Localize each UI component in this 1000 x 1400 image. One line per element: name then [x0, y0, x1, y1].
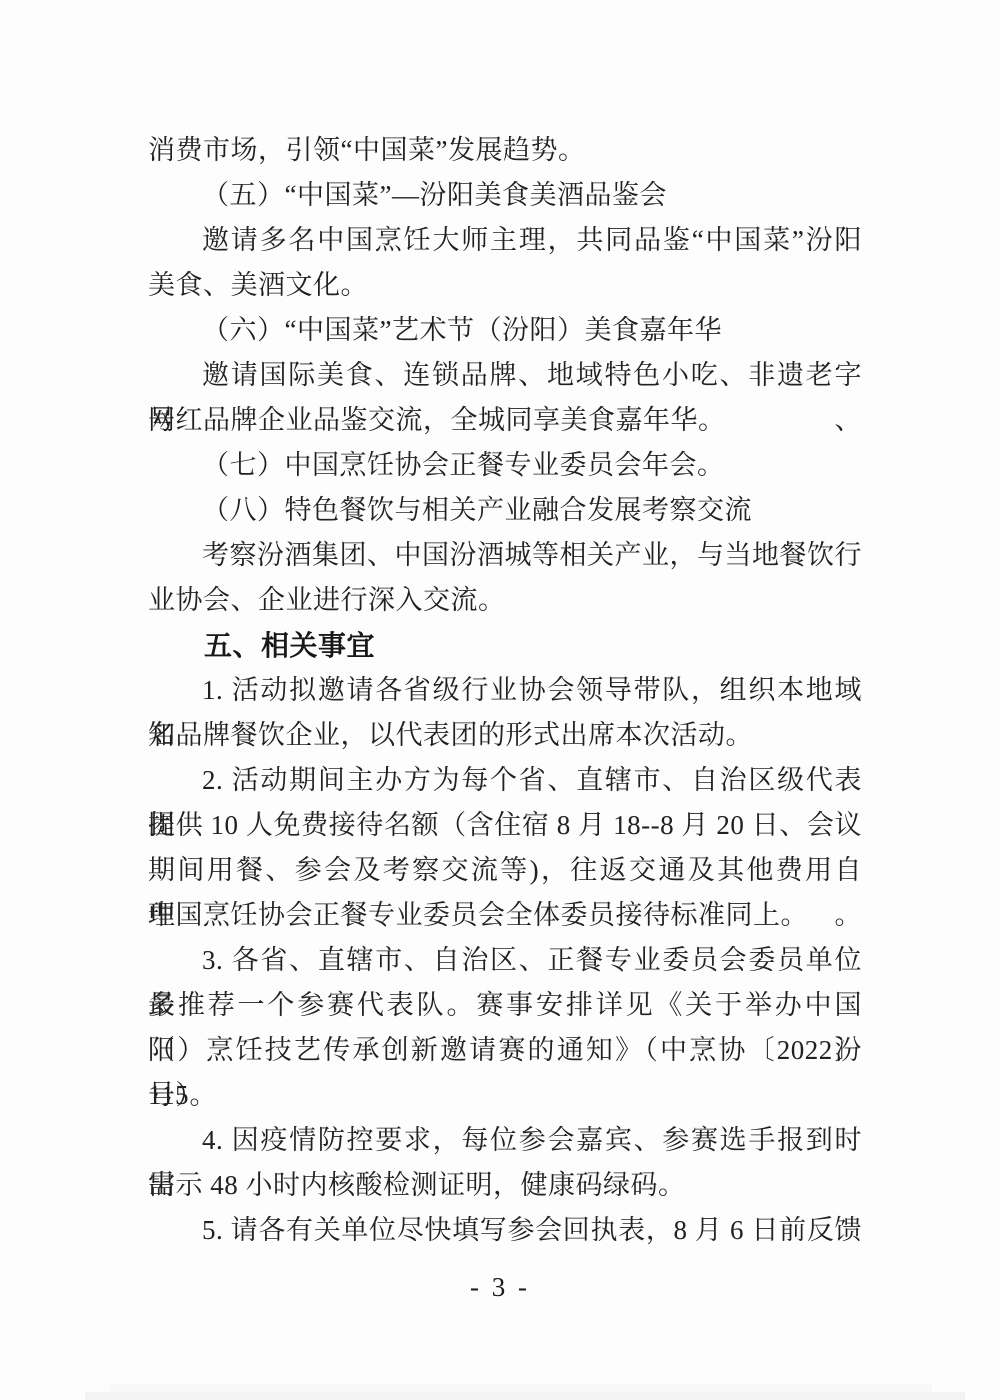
text-block: 消费市场，引领“中国菜”发展趋势。（五）“中国菜”—汾阳美食美酒品鉴会邀请多名中… — [148, 128, 862, 1253]
text-line: 多推荐一个参赛代表队。赛事安排详见《关于举办中国（汾 — [148, 983, 862, 1028]
scan-edge-artifact — [85, 1392, 965, 1400]
text-line: 1. 活动拟邀请各省级行业协会领导带队，组织本地域知 — [148, 668, 862, 713]
text-line: 名品牌餐饮企业，以代表团的形式出席本次活动。 — [148, 713, 862, 758]
document-page: 消费市场，引领“中国菜”发展趋势。（五）“中国菜”—汾阳美食美酒品鉴会邀请多名中… — [0, 0, 1000, 1400]
text-line: （七）中国烹饪协会正餐专业委员会年会。 — [148, 443, 862, 488]
page-number: - 3 - — [0, 1266, 1000, 1308]
text-line: 2. 活动期间主办方为每个省、直辖市、自治区级代表团 — [148, 758, 862, 803]
text-line: 号）。 — [148, 1073, 862, 1118]
text-line: 4. 因疫情防控要求，每位参会嘉宾、参赛选手报到时需 — [148, 1118, 862, 1163]
text-line: 业协会、企业进行深入交流。 — [148, 578, 862, 623]
section-heading: 五、相关事宜 — [148, 623, 862, 668]
text-line: 消费市场，引领“中国菜”发展趋势。 — [148, 128, 862, 173]
text-line: 考察汾酒集团、中国汾酒城等相关产业，与当地餐饮行 — [148, 533, 862, 578]
text-line: 中国烹饪协会正餐专业委员会全体委员接待标准同上。 — [148, 893, 862, 938]
text-line: 5. 请各有关单位尽快填写参会回执表，8 月 6 日前反馈 — [148, 1208, 862, 1253]
text-line: 美食、美酒文化。 — [148, 263, 862, 308]
text-line: 出示 48 小时内核酸检测证明，健康码绿码。 — [148, 1163, 862, 1208]
text-line: （五）“中国菜”—汾阳美食美酒品鉴会 — [148, 173, 862, 218]
text-line: 期间用餐、参会及考察交流等)，往返交通及其他费用自理。 — [148, 848, 862, 893]
text-line: 3. 各省、直辖市、自治区、正餐专业委员会委员单位最 — [148, 938, 862, 983]
text-line: 阳）烹饪技艺传承创新邀请赛的通知》（中烹协〔2022〕115 — [148, 1028, 862, 1073]
text-line: 邀请多名中国烹饪大师主理，共同品鉴“中国菜”汾阳 — [148, 218, 862, 263]
text-line: 提供 10 人免费接待名额（含住宿 8 月 18--8 月 20 日、会议 — [148, 803, 862, 848]
text-line: 邀请国际美食、连锁品牌、地域特色小吃、非遗老字号、 — [148, 353, 862, 398]
text-line: （八）特色餐饮与相关产业融合发展考察交流 — [148, 488, 862, 533]
text-line: （六）“中国菜”艺术节（汾阳）美食嘉年华 — [148, 308, 862, 353]
